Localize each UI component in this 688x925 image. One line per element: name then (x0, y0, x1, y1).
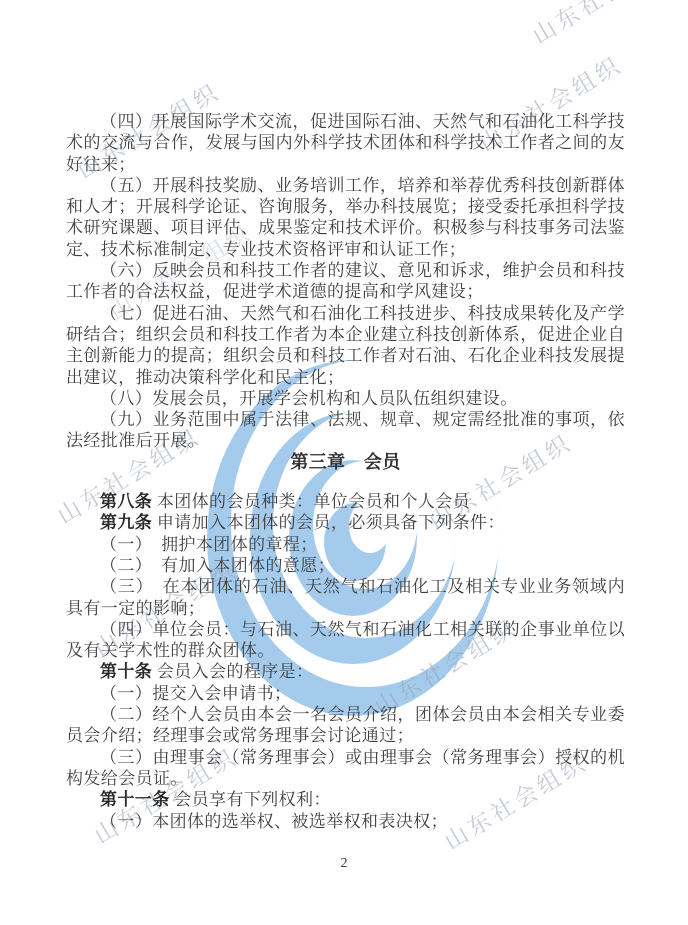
article-term: 第十条 (100, 662, 152, 681)
paragraph-text: （九）业务范围中属于法律、法规、规章、规定需经批准的事项，依法经批准后开展。 (66, 410, 625, 450)
paragraph-text: （三）由理事会（常务理事会）或由理事会（常务理事会）授权的机构发给会员证。 (66, 748, 625, 788)
document-body: （四）开展国际学术交流，促进国际石油、天然气和石油化工科学技术的交流与合作，发展… (66, 111, 625, 832)
paragraph: （三） 在本团体的石油、天然气和石油化工及相关专业业务领域内具有一定的影响； (66, 576, 625, 619)
paragraph-text: （四）单位会员：与石油、天然气和石油化工相关联的企事业单位以及有关学术性的群众团… (66, 620, 625, 660)
paragraph-text: （二） 有加入本团体的意愿； (100, 556, 335, 575)
paragraph: （一）提交入会申请书； (66, 683, 625, 704)
paragraph: 第九条 申请加入本团体的会员，必须具备下列条件： (66, 512, 625, 533)
paragraph: （一） 拥护本团体的章程； (66, 534, 625, 555)
paragraph-text: （一）提交入会申请书； (100, 684, 291, 703)
paragraph-text: （五）开展科技奖励、业务培训工作，培养和举荐优秀科技创新群体和人才；开展科学论证… (66, 176, 625, 259)
paragraph: 第十条 会员入会的程序是： (66, 661, 625, 682)
paragraph: 第八条 本团体的会员种类：单位会员和个人会员 (66, 491, 625, 512)
paragraph: （六）反映会员和科技工作者的建议、意见和诉求，维护会员和科技工作者的合法权益，促… (66, 260, 625, 303)
paragraph: （二）经个人会员由本会一名会员介绍，团体会员由本会相关专业委员会介绍；经理事会或… (66, 704, 625, 747)
paragraph-text: （三） 在本团体的石油、天然气和石油化工及相关专业业务领域内具有一定的影响； (66, 577, 625, 617)
paragraph: （八）发展会员，开展学会机构和人员队伍组织建设。 (66, 388, 625, 409)
paragraph-text: 本团体的会员种类：单位会员和个人会员 (152, 492, 470, 511)
paragraph: （九）业务范围中属于法律、法规、规章、规定需经批准的事项，依法经批准后开展。 (66, 409, 625, 452)
page-number: 2 (0, 856, 688, 872)
paragraph-text: （二）经个人会员由本会一名会员介绍，团体会员由本会相关专业委员会介绍；经理事会或… (66, 705, 625, 745)
article-term: 第十一条 (100, 790, 170, 809)
paragraph: 第十一条 会员享有下列权利： (66, 789, 625, 810)
article-term: 第九条 (100, 513, 152, 532)
paragraph: （四）单位会员：与石油、天然气和石油化工相关联的企事业单位以及有关学术性的群众团… (66, 619, 625, 662)
paragraph-text: 会员入会的程序是： (152, 662, 313, 681)
paragraph-text: （四）开展国际学术交流，促进国际石油、天然气和石油化工科学技术的交流与合作，发展… (66, 112, 625, 174)
paragraph: （三）由理事会（常务理事会）或由理事会（常务理事会）授权的机构发给会员证。 (66, 747, 625, 790)
paragraph-text: （一） 拥护本团体的章程； (100, 535, 318, 554)
paragraph-text: （七）促进石油、天然气和石油化工科技进步、科技成果转化及产学研结合；组织会员和科… (66, 304, 625, 387)
watermark-text: 山东社会组织 (525, 0, 681, 50)
paragraph-text: 申请加入本团体的会员，必须具备下列条件： (152, 513, 505, 532)
paragraph-text: 会员享有下列权利： (170, 790, 331, 809)
paragraph-text: （一）本团体的选举权、被选举权和表决权； (100, 812, 448, 831)
paragraph: （五）开展科技奖励、业务培训工作，培养和举荐优秀科技创新群体和人才；开展科学论证… (66, 175, 625, 260)
paragraph-text: （八）发展会员，开展学会机构和人员队伍组织建设。 (100, 389, 518, 408)
paragraph: （七）促进石油、天然气和石油化工科技进步、科技成果转化及产学研结合；组织会员和科… (66, 303, 625, 388)
paragraph: （一）本团体的选举权、被选举权和表决权； (66, 811, 625, 832)
paragraph-text: （六）反映会员和科技工作者的建议、意见和诉求，维护会员和科技工作者的合法权益，促… (66, 261, 625, 301)
paragraph: （四）开展国际学术交流，促进国际石油、天然气和石油化工科学技术的交流与合作，发展… (66, 111, 625, 175)
document-page: 山东社会组织 山东社会组织 山东社会组织 山东社会组织 山东社会组织 山东社会组… (0, 0, 688, 925)
article-term: 第八条 (100, 492, 152, 511)
paragraph: （二） 有加入本团体的意愿； (66, 555, 625, 576)
chapter-heading: 第三章 会员 (66, 452, 625, 473)
